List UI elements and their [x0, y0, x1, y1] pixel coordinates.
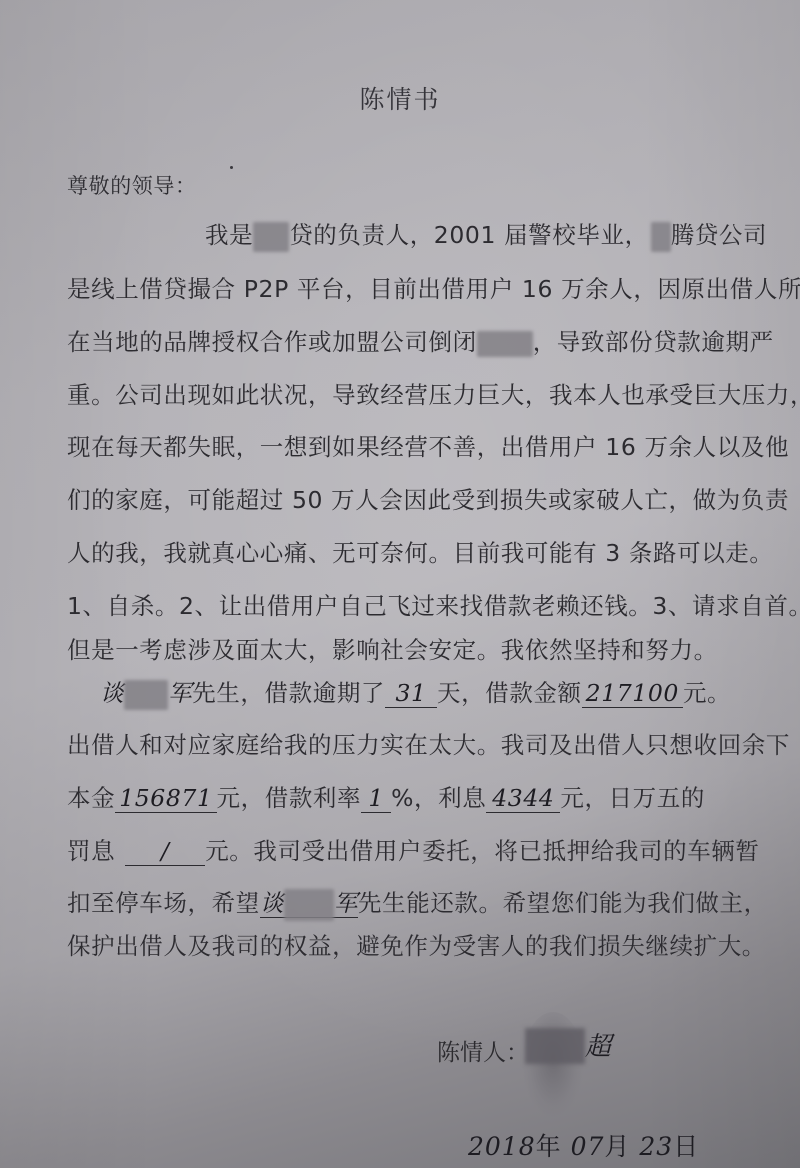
text: 扣至停车场，希望 [67, 889, 260, 917]
handwritten-borrower-name: 谈军 [100, 679, 192, 707]
redacted-company-name [253, 222, 289, 252]
text: 腾贷公司 [671, 221, 767, 249]
redacted-company-name [651, 222, 671, 252]
redacted-name [124, 680, 168, 710]
paragraph1-line5: 现在每天都失眠，一想到如果经营不善，出借用户 16 万余人以及他 [67, 428, 789, 462]
text: ，导致部份贷款逾期严 [533, 328, 774, 356]
text: 贷的负责人，2001 届警校毕业， [289, 221, 648, 249]
text: 我是 [205, 221, 253, 249]
date-day-label: 日 [673, 1132, 699, 1161]
text: %，利息 [391, 784, 486, 812]
date-year-label: 年 [536, 1132, 562, 1161]
signature-label: 陈情人： [437, 1034, 529, 1067]
paragraph1-line6: 们的家庭，可能超过 50 万人会因此受到损失或家破人亡，做为负责 [67, 481, 789, 515]
redacted-name [284, 889, 334, 921]
text: 罚息 [67, 837, 115, 865]
redacted-signature [525, 1028, 585, 1064]
text: 元。 [683, 679, 731, 707]
penalty-amount-field: / [125, 839, 205, 866]
date-day: 23 [639, 1132, 673, 1161]
date-month: 07 [571, 1132, 605, 1161]
text: 先生，借款逾期了 [192, 679, 385, 707]
paragraph2-line2: 出借人和对应家庭给我的压力实在太大。我司及出借人只想收回余下 [67, 726, 790, 760]
paragraph1-line8: 1、自杀。2、让出借用户自己飞过来找借款老赖还钱。3、请求自首。 [67, 587, 800, 621]
handwritten-borrower-name: 谈军 [260, 889, 358, 918]
paragraph1-line9: 但是一考虑涉及面太大，影响社会安定。我依然坚持和努力。 [67, 631, 718, 665]
paragraph2-line3: 本金156871元，借款利率1%，利息4344元，日万五的 [67, 779, 705, 813]
paragraph1-line3: 在当地的品牌授权合作或加盟公司倒闭，导致部份贷款逾期严 [67, 323, 774, 357]
document-date: 2018年 07月 23日 [468, 1127, 699, 1163]
interest-rate-field: 1 [361, 786, 391, 813]
paragraph2-line5: 扣至停车场，希望谈军先生能还款。希望您们能为我们做主， [67, 884, 768, 921]
paragraph1-line2: 是线上借贷撮合 P2P 平台，目前出借用户 16 万余人，因原出借人所 [67, 270, 800, 304]
paragraph1-line4: 重。公司出现如此状况，导致经营压力巨大，我本人也承受巨大压力， [67, 376, 800, 410]
principal-amount-field: 156871 [115, 786, 216, 813]
redacted-text [477, 331, 533, 357]
text: 本金 [67, 784, 115, 812]
loan-amount-field: 217100 [582, 681, 683, 708]
paragraph1-line1: 我是贷的负责人，2001 届警校毕业，腾贷公司 [205, 216, 767, 252]
paragraph2-line1: 谈军先生，借款逾期了31天，借款金额217100元。 [100, 674, 731, 710]
text: 天，借款金额 [437, 679, 582, 707]
handwritten-signature: 超 [585, 1026, 611, 1063]
text: 元，日万五的 [560, 784, 705, 812]
text: 元。我司受出借用户委托，将已抵押给我司的车辆暂 [205, 837, 759, 865]
text: 在当地的品牌授权合作或加盟公司倒闭 [67, 328, 477, 356]
text: 元，借款利率 [217, 784, 362, 812]
overdue-days-field: 31 [385, 681, 437, 708]
text: 先生能还款。希望您们能为我们做主， [358, 889, 768, 917]
paragraph2-line6: 保护出借人及我司的权益，避免作为受害人的我们损失继续扩大。 [67, 927, 766, 961]
greeting: 尊敬的领导： [67, 170, 197, 200]
paragraph2-line4: 罚息/元。我司受出借用户委托，将已抵押给我司的车辆暂 [67, 832, 760, 866]
date-month-label: 月 [604, 1132, 630, 1161]
paragraph1-line7: 人的我，我就真心心痛、无可奈何。目前我可能有 3 条路可以走。 [67, 534, 774, 568]
date-year: 2018 [468, 1132, 536, 1161]
speck [230, 166, 233, 169]
interest-amount-field: 4344 [486, 786, 560, 813]
document-title: 陈情书 [0, 80, 800, 116]
